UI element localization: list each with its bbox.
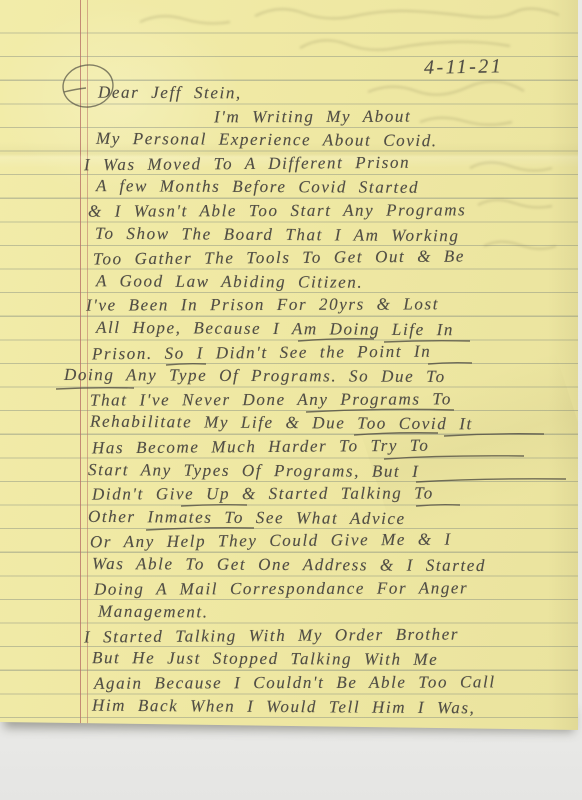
letter-line-salutation: Dear Jeff Stein, xyxy=(98,84,242,102)
letter-line: A Good Law Abiding Citizen. xyxy=(96,272,363,290)
letter-line: & I Wasn't Able Too Start Any Programs xyxy=(88,201,466,219)
letter-line: Prison. So I Didn't See the Point In xyxy=(92,343,431,363)
letter-line: Him Back When I Would Tell Him I Was, xyxy=(92,697,476,717)
letter-line: I've Been In Prison For 20yrs & Lost xyxy=(86,295,439,313)
letter-line: Start Any Types Of Programs, But I xyxy=(88,461,419,480)
letter-line: I Was Moved To A Different Prison xyxy=(84,154,410,174)
letter-line: Didn't Give Up & Started Talking To xyxy=(92,484,434,502)
letter-line: Management. xyxy=(98,603,209,621)
letter-line: Too Gather The Tools To Get Out & Be xyxy=(93,248,465,268)
letter-line: To Show The Board That I Am Working xyxy=(95,225,460,245)
letter-line: Rehabilitate My Life & Due Too Covid It xyxy=(90,413,473,433)
letter-line: Doing Any Type Of Programs. So Due To xyxy=(64,366,446,385)
letter-line: Was Able To Get One Address & I Started xyxy=(92,555,486,574)
letter-line: Other Inmates To See What Advice xyxy=(88,508,406,527)
letter-line: My Personal Experience About Covid. xyxy=(96,130,438,149)
letter-line: Again Because I Couldn't Be Able Too Cal… xyxy=(94,673,496,691)
letter-line: Has Become Much Harder To Try To xyxy=(92,437,430,457)
scanned-letter: 4-11-21 Dear Jeff Stein, I'm Writing My … xyxy=(0,0,582,800)
letter-line: I'm Writing My About xyxy=(214,108,411,126)
letter-line: But He Just Stopped Talking With Me xyxy=(92,649,438,668)
notepad-page: 4-11-21 Dear Jeff Stein, I'm Writing My … xyxy=(0,0,578,734)
letter-line: A few Months Before Covid Started xyxy=(96,177,419,196)
letter-line: Doing A Mail Correspondance For Anger xyxy=(94,579,468,597)
letter-date: 4-11-21 xyxy=(424,55,504,79)
letter-line: Or Any Help They Could Give Me & I xyxy=(90,531,452,551)
letter-line: All Hope, Because I Am Doing Life In xyxy=(96,319,454,338)
letter-line: I Started Talking With My Order Brother xyxy=(84,626,459,646)
letter-line: That I've Never Done Any Programs To xyxy=(90,390,452,408)
